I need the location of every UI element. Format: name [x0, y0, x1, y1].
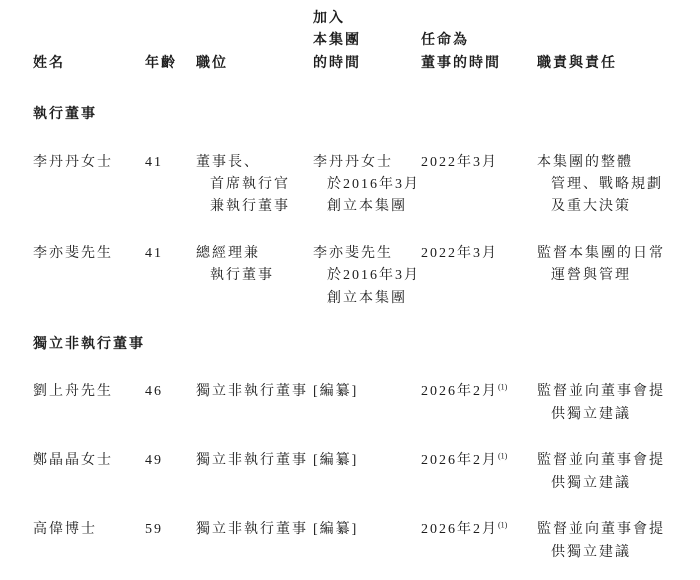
footnote-marker: (1)	[498, 520, 507, 529]
cell-age: 49	[145, 450, 196, 495]
cell-line: 46	[145, 381, 196, 403]
directors-table: 姓名年齡職位加入本集團的時間任命為董事的時間職責與責任執行董事李丹丹女士41董事…	[33, 8, 682, 564]
cell-line: 的時間	[313, 53, 421, 75]
cell-line: 供獨立建議	[537, 404, 682, 426]
cell-position: 董事長、首席執行官兼執行董事	[196, 152, 313, 219]
cell-line: 李丹丹女士	[313, 152, 421, 174]
column-header-name: 姓名	[33, 53, 145, 75]
cell-line: 及重大決策	[537, 196, 682, 218]
column-header-age: 年齡	[145, 53, 196, 75]
footnote-marker: (1)	[498, 452, 507, 461]
cell-line: 供獨立建議	[537, 542, 682, 564]
footnote-marker: (1)	[498, 383, 507, 392]
cell-line: 監督並向董事會提	[537, 450, 682, 472]
cell-join: [編纂]	[313, 381, 421, 426]
cell-age: 41	[145, 152, 196, 219]
table-row: 高偉博士59獨立非執行董事[編纂]2026年2月(1)監督並向董事會提供獨立建議	[33, 519, 682, 564]
cell-name: 鄭晶晶女士	[33, 450, 145, 495]
cell-line: 41	[145, 152, 196, 174]
cell-line: 獨立非執行董事	[196, 450, 313, 472]
cell-join: 李丹丹女士於2016年3月創立本集團	[313, 152, 421, 219]
cell-line: 兼執行董事	[196, 196, 313, 218]
table-row: 劉上舟先生46獨立非執行董事[編纂]2026年2月(1)監督並向董事會提供獨立建…	[33, 381, 682, 426]
cell-line: 供獨立建議	[537, 473, 682, 495]
table-header-row: 姓名年齡職位加入本集團的時間任命為董事的時間職責與責任	[33, 8, 682, 75]
cell-join: 李亦斐先生於2016年3月創立本集團	[313, 243, 421, 310]
cell-line: 年齡	[145, 53, 196, 75]
cell-line: 2026年2月(1)	[421, 381, 537, 403]
cell-name: 劉上舟先生	[33, 381, 145, 426]
cell-line: 獨立非執行董事	[196, 519, 313, 541]
cell-name: 李亦斐先生	[33, 243, 145, 310]
table-row: 李亦斐先生41總經理兼執行董事李亦斐先生於2016年3月創立本集團2022年3月…	[33, 243, 682, 310]
cell-line: 運營與管理	[537, 265, 682, 287]
cell-line: 獨立非執行董事	[196, 381, 313, 403]
cell-line: 任命為	[421, 30, 537, 52]
cell-age: 41	[145, 243, 196, 310]
cell-line: 2026年2月(1)	[421, 519, 537, 541]
cell-line: 41	[145, 243, 196, 265]
cell-line: 執行董事	[196, 265, 313, 287]
cell-line: 加入	[313, 8, 421, 30]
cell-appointed: 2026年2月(1)	[421, 450, 537, 495]
cell-duties: 監督並向董事會提供獨立建議	[537, 381, 682, 426]
cell-line: 職位	[196, 53, 313, 75]
cell-line: 2026年2月(1)	[421, 450, 537, 472]
directors-table-page: 姓名年齡職位加入本集團的時間任命為董事的時間職責與責任執行董事李丹丹女士41董事…	[0, 0, 700, 580]
cell-line: 本集團	[313, 30, 421, 52]
cell-line: 監督並向董事會提	[537, 519, 682, 541]
cell-line: 49	[145, 450, 196, 472]
cell-join: [編纂]	[313, 519, 421, 564]
column-header-join: 加入本集團的時間	[313, 8, 421, 75]
cell-line: 管理、戰略規劃	[537, 174, 682, 196]
cell-duties: 監督本集團的日常運營與管理	[537, 243, 682, 310]
cell-line: 姓名	[33, 53, 145, 75]
cell-line: 於2016年3月	[313, 265, 421, 287]
cell-age: 59	[145, 519, 196, 564]
cell-position: 獨立非執行董事	[196, 450, 313, 495]
cell-duties: 本集團的整體管理、戰略規劃及重大決策	[537, 152, 682, 219]
cell-line: 創立本集團	[313, 288, 421, 310]
cell-line: 總經理兼	[196, 243, 313, 265]
cell-appointed: 2022年3月	[421, 243, 537, 310]
column-header-appointed: 任命為董事的時間	[421, 30, 537, 75]
cell-line: 李丹丹女士	[33, 152, 145, 174]
cell-line: 鄭晶晶女士	[33, 450, 145, 472]
cell-line: 李亦斐先生	[313, 243, 421, 265]
cell-duties: 監督並向董事會提供獨立建議	[537, 519, 682, 564]
cell-line: 劉上舟先生	[33, 381, 145, 403]
cell-appointed: 2026年2月(1)	[421, 381, 537, 426]
cell-appointed: 2022年3月	[421, 152, 537, 219]
cell-line: 李亦斐先生	[33, 243, 145, 265]
cell-line: 本集團的整體	[537, 152, 682, 174]
cell-line: 創立本集團	[313, 196, 421, 218]
cell-line: 監督並向董事會提	[537, 381, 682, 403]
cell-line: 高偉博士	[33, 519, 145, 541]
cell-duties: 監督並向董事會提供獨立建議	[537, 450, 682, 495]
table-row: 鄭晶晶女士49獨立非執行董事[編纂]2026年2月(1)監督並向董事會提供獨立建…	[33, 450, 682, 495]
cell-line: 首席執行官	[196, 174, 313, 196]
section-heading: 執行董事	[33, 104, 682, 126]
section-heading: 獨立非執行董事	[33, 334, 682, 356]
column-header-position: 職位	[196, 53, 313, 75]
cell-line: 59	[145, 519, 196, 541]
cell-appointed: 2026年2月(1)	[421, 519, 537, 564]
cell-line: [編纂]	[313, 381, 421, 403]
cell-line: 2022年3月	[421, 152, 537, 174]
cell-position: 總經理兼執行董事	[196, 243, 313, 310]
cell-join: [編纂]	[313, 450, 421, 495]
cell-line: 監督本集團的日常	[537, 243, 682, 265]
table-row: 李丹丹女士41董事長、首席執行官兼執行董事李丹丹女士於2016年3月創立本集團2…	[33, 152, 682, 219]
cell-line: [編纂]	[313, 450, 421, 472]
cell-line: [編纂]	[313, 519, 421, 541]
cell-line: 職責與責任	[537, 53, 682, 75]
cell-age: 46	[145, 381, 196, 426]
cell-line: 2022年3月	[421, 243, 537, 265]
cell-name: 李丹丹女士	[33, 152, 145, 219]
cell-position: 獨立非執行董事	[196, 519, 313, 564]
cell-line: 董事的時間	[421, 53, 537, 75]
column-header-duties: 職責與責任	[537, 53, 682, 75]
cell-position: 獨立非執行董事	[196, 381, 313, 426]
cell-line: 董事長、	[196, 152, 313, 174]
cell-line: 於2016年3月	[313, 174, 421, 196]
cell-name: 高偉博士	[33, 519, 145, 564]
